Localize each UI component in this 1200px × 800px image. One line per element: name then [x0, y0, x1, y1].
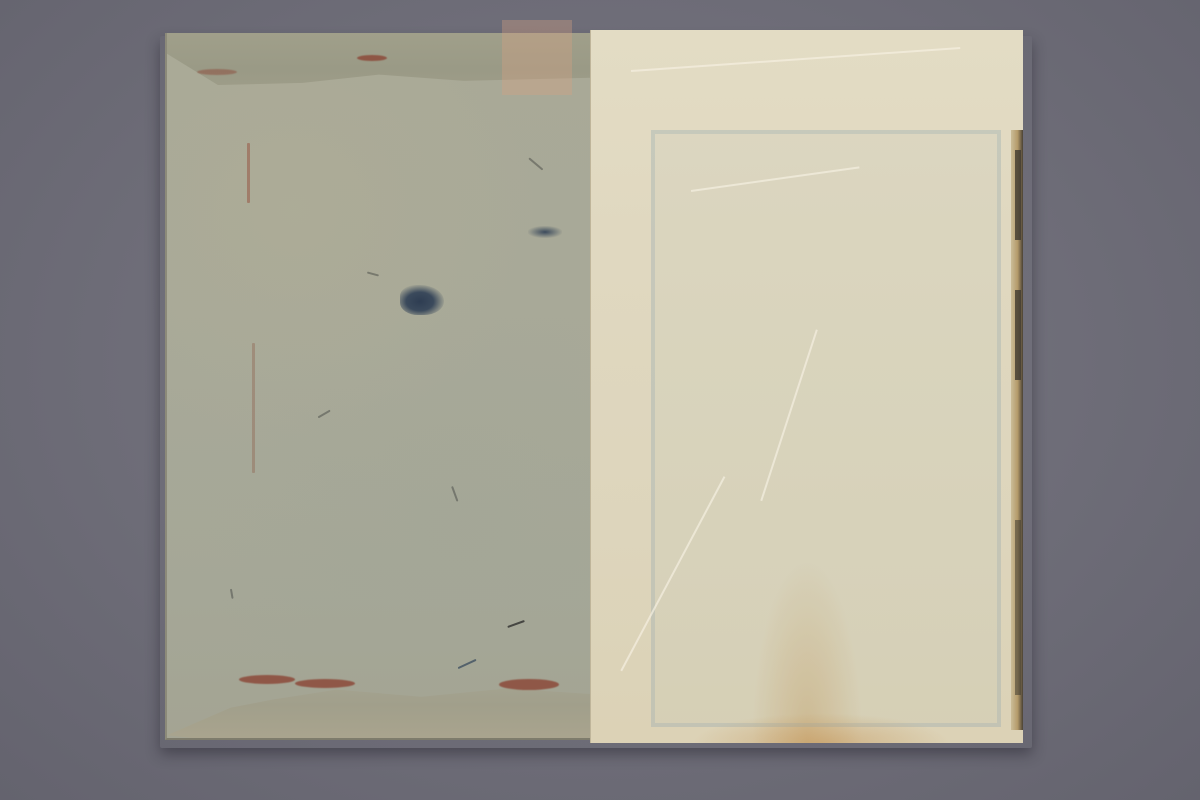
edge-ink-mark: [1015, 520, 1021, 695]
corner-paper-tab: [502, 20, 572, 95]
paper-fiber: [247, 143, 250, 203]
paper-fiber: [318, 410, 331, 418]
seal-stain: [239, 675, 295, 684]
water-stain: [691, 713, 951, 743]
paper-fiber: [252, 343, 255, 473]
ink-blot: [528, 226, 562, 238]
open-book: [0, 0, 1200, 800]
seal-stain: [357, 55, 387, 61]
paper-fiber: [230, 589, 233, 599]
paper-fiber: [367, 271, 379, 276]
paper-fiber: [529, 157, 544, 170]
bleed-through-shading: [655, 134, 997, 723]
bottom-folded-margin: [167, 683, 591, 738]
paper-fiber: [458, 659, 477, 669]
seal-stain: [197, 69, 237, 75]
bleed-through-border-frame: [651, 130, 1001, 727]
paper-fiber: [507, 620, 524, 628]
left-inner-cover: [165, 33, 591, 740]
edge-ink-mark: [1015, 290, 1021, 380]
seal-stain: [295, 679, 355, 688]
edge-ink-mark: [1015, 150, 1021, 240]
seal-stain: [499, 679, 559, 690]
paper-fiber: [452, 486, 459, 502]
right-blank-page: [590, 30, 1023, 743]
paper-crease: [631, 47, 960, 72]
ink-blot: [400, 285, 444, 315]
